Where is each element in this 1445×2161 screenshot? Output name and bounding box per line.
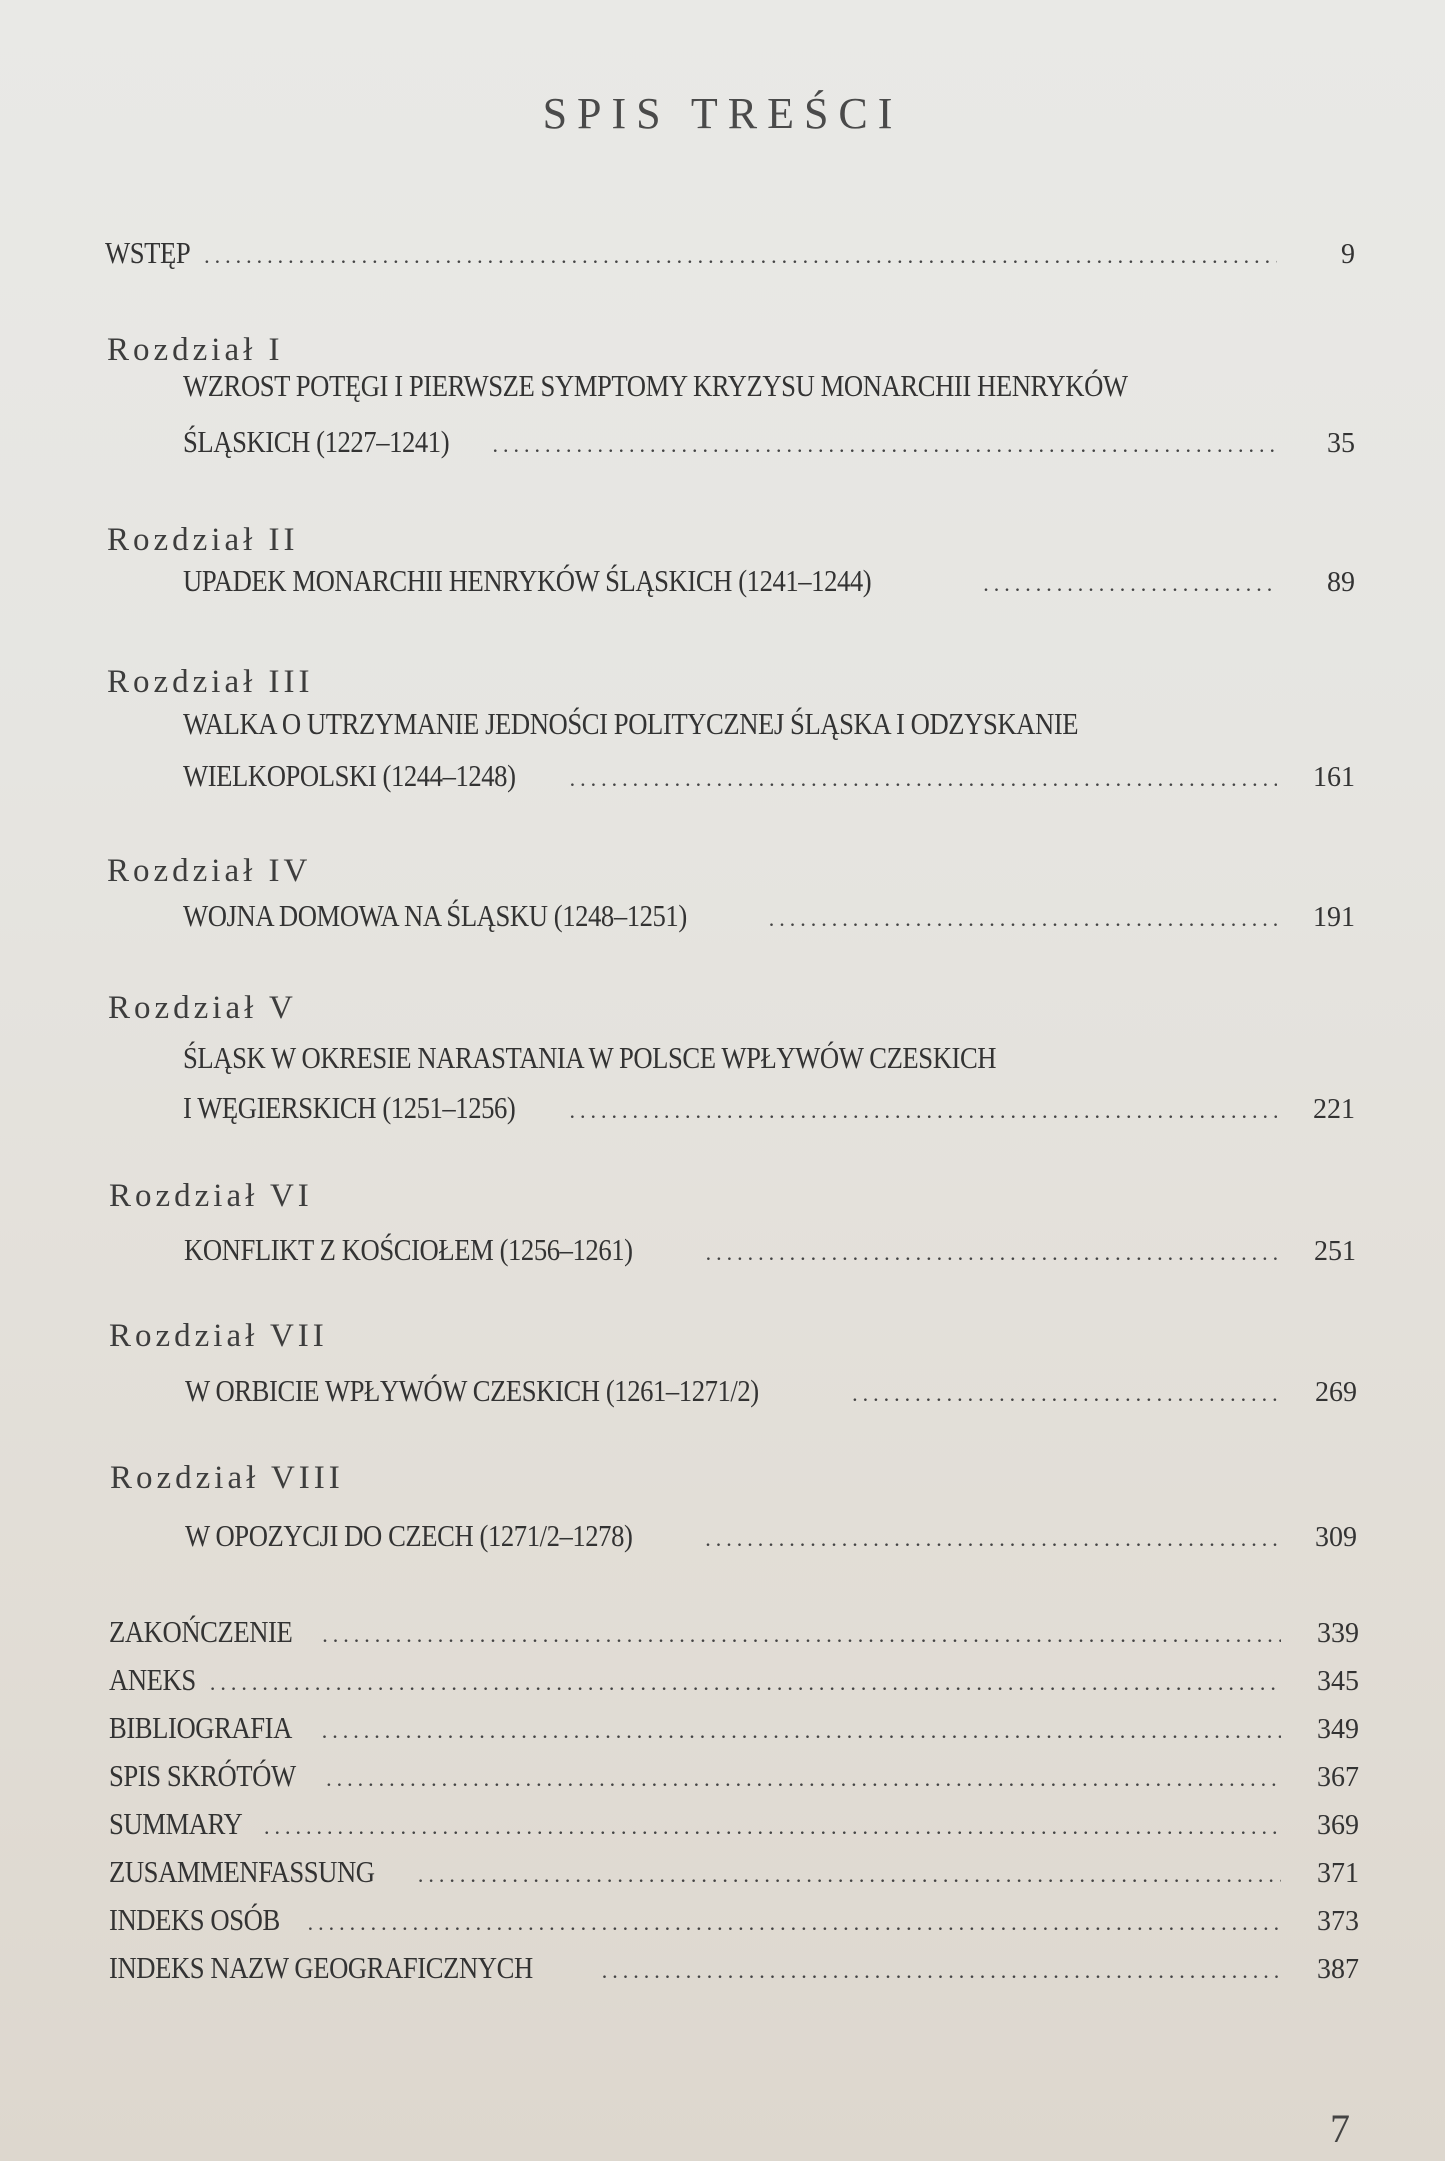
toc-entry-indeks-nazw-geograficznych[interactable]: INDEKS NAZW GEOGRAFICZNYCH 387	[109, 1950, 1359, 1986]
chapter-title-line: ŚLĄSK W OKRESIE NARASTANIA W POLSCE WPŁY…	[183, 1040, 996, 1076]
toc-entry-label: WOJNA DOMOWA NA ŚLĄSKU (1248–1251)	[183, 898, 687, 934]
toc-entry-label: WIELKOPOLSKI (1244–1248)	[183, 758, 516, 794]
dot-leader	[706, 1240, 1278, 1266]
dot-leader	[852, 1381, 1279, 1407]
chapter-title-line: WZROST POTĘGI I PIERWSZE SYMPTOMY KRYZYS…	[183, 368, 1128, 404]
chapter-heading-4: Rozdział IV	[107, 853, 311, 890]
toc-page-number: 371	[1289, 1858, 1359, 1890]
dot-leader	[983, 571, 1277, 597]
toc-page-number: 191	[1285, 902, 1355, 934]
dot-leader	[204, 243, 1277, 269]
toc-entry-chapter-7[interactable]: W ORBICIE WPŁYWÓW CZESKICH (1261–1271/2)…	[185, 1373, 1357, 1409]
toc-entry-label: W ORBICIE WPŁYWÓW CZESKICH (1261–1271/2)	[185, 1373, 759, 1409]
chapter-heading-5: Rozdział V	[108, 990, 297, 1027]
chapter-heading-6: Rozdział VI	[109, 1178, 313, 1215]
dot-leader	[322, 1718, 1281, 1744]
chapter-heading-8: Rozdział VIII	[110, 1460, 344, 1497]
dot-leader	[769, 906, 1277, 932]
toc-page-number: 309	[1287, 1522, 1357, 1554]
toc-entry-chapter-3[interactable]: WIELKOPOLSKI (1244–1248) 161	[183, 758, 1355, 794]
toc-entry-chapter-4[interactable]: WOJNA DOMOWA NA ŚLĄSKU (1248–1251) 191	[183, 898, 1355, 934]
toc-page-number: 367	[1289, 1762, 1359, 1794]
toc-page-number: 339	[1289, 1618, 1359, 1650]
toc-entry-zusammenfassung[interactable]: ZUSAMMENFASSUNG 371	[109, 1854, 1359, 1890]
toc-entry-label: ANEKS	[109, 1662, 196, 1698]
toc-entry-intro[interactable]: WSTĘP 9	[105, 235, 1355, 271]
toc-page-number: 345	[1289, 1666, 1359, 1698]
chapter-heading-1: Rozdział I	[107, 332, 284, 369]
dot-leader	[418, 1862, 1281, 1888]
dot-leader	[705, 1526, 1279, 1552]
dot-leader	[602, 1958, 1281, 1984]
toc-entry-label: BIBLIOGRAFIA	[109, 1710, 292, 1746]
toc-page-number: 269	[1287, 1377, 1357, 1409]
toc-entry-label: INDEKS OSÓB	[109, 1902, 280, 1938]
toc-entry-chapter-8[interactable]: W OPOZYCJI DO CZECH (1271/2–1278) 309	[185, 1518, 1357, 1554]
toc-page-number: 349	[1289, 1714, 1359, 1746]
page-title: SPIS TREŚCI	[0, 88, 1445, 139]
dot-leader	[322, 1622, 1281, 1648]
toc-entry-label: ZAKOŃCZENIE	[109, 1614, 292, 1650]
toc-entry-chapter-1[interactable]: ŚLĄSKICH (1227–1241) 35	[183, 424, 1355, 460]
toc-entry-label: KONFLIKT Z KOŚCIOŁEM (1256–1261)	[184, 1232, 633, 1268]
toc-page-number: 221	[1285, 1094, 1355, 1126]
toc-entry-bibliografia[interactable]: BIBLIOGRAFIA 349	[109, 1710, 1359, 1746]
toc-entry-label: I WĘGIERSKICH (1251–1256)	[183, 1090, 515, 1126]
chapter-title-line: WALKA O UTRZYMANIE JEDNOŚCI POLITYCZNEJ …	[183, 706, 1078, 742]
dot-leader	[492, 432, 1277, 458]
dot-leader	[326, 1766, 1281, 1792]
toc-page-number: 9	[1285, 239, 1355, 271]
toc-page-number: 373	[1289, 1906, 1359, 1938]
toc-page-number: 251	[1286, 1236, 1356, 1268]
toc-entry-label: W OPOZYCJI DO CZECH (1271/2–1278)	[185, 1518, 632, 1554]
toc-entry-label: WSTĘP	[105, 235, 190, 271]
toc-entry-label: ŚLĄSKICH (1227–1241)	[183, 424, 449, 460]
toc-entry-label: SUMMARY	[109, 1806, 242, 1842]
toc-entry-label: INDEKS NAZW GEOGRAFICZNYCH	[109, 1950, 533, 1986]
chapter-heading-3: Rozdział III	[107, 664, 314, 701]
dot-leader	[570, 766, 1277, 792]
toc-entry-label: UPADEK MONARCHII HENRYKÓW ŚLĄSKICH (1241…	[183, 563, 871, 599]
dot-leader	[308, 1910, 1281, 1936]
toc-page-number: 35	[1285, 428, 1355, 460]
chapter-heading-7: Rozdział VII	[109, 1318, 328, 1355]
toc-page-number: 161	[1285, 762, 1355, 794]
toc-entry-label: SPIS SKRÓTÓW	[109, 1758, 296, 1794]
toc-entry-aneks[interactable]: ANEKS 345	[109, 1662, 1359, 1698]
dot-leader	[210, 1670, 1281, 1696]
dot-leader	[264, 1814, 1281, 1840]
toc-entry-indeks-osob[interactable]: INDEKS OSÓB 373	[109, 1902, 1359, 1938]
toc-page-number: 369	[1289, 1810, 1359, 1842]
toc-page-number: 387	[1289, 1954, 1359, 1986]
toc-entry-chapter-2[interactable]: UPADEK MONARCHII HENRYKÓW ŚLĄSKICH (1241…	[183, 563, 1355, 599]
page-number-folio: 7	[1330, 2105, 1350, 2152]
book-page: SPIS TREŚCI WSTĘP 9 Rozdział I WZROST PO…	[0, 0, 1445, 2161]
toc-page-number: 89	[1285, 567, 1355, 599]
toc-entry-zakonczenie[interactable]: ZAKOŃCZENIE 339	[109, 1614, 1359, 1650]
chapter-heading-2: Rozdział II	[107, 522, 299, 559]
toc-entry-chapter-6[interactable]: KONFLIKT Z KOŚCIOŁEM (1256–1261) 251	[184, 1232, 1356, 1268]
toc-entry-label: ZUSAMMENFASSUNG	[109, 1854, 375, 1890]
toc-entry-summary[interactable]: SUMMARY 369	[109, 1806, 1359, 1842]
toc-entry-chapter-5[interactable]: I WĘGIERSKICH (1251–1256) 221	[183, 1090, 1355, 1126]
toc-entry-spis-skrotow[interactable]: SPIS SKRÓTÓW 367	[109, 1758, 1359, 1794]
dot-leader	[569, 1098, 1277, 1124]
